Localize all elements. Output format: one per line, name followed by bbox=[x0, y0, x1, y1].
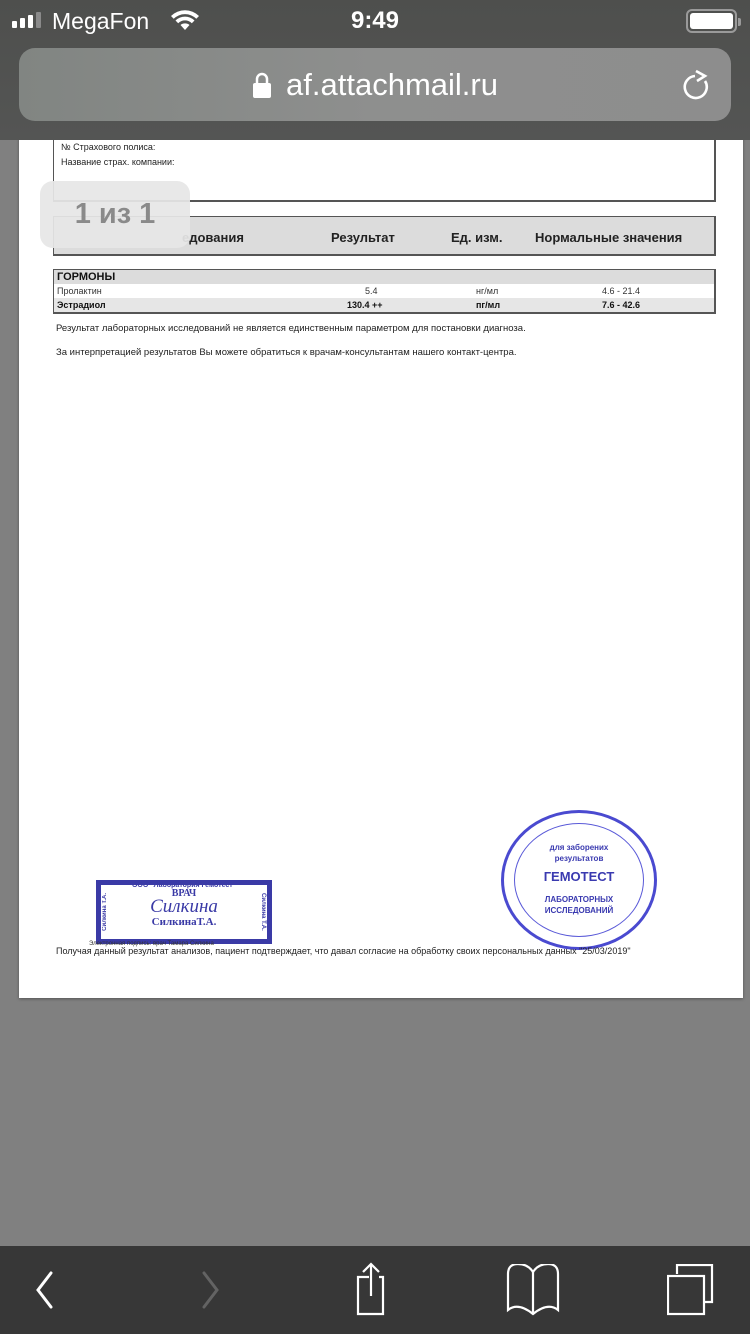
header-result: Результат bbox=[331, 230, 395, 245]
back-button[interactable] bbox=[15, 1246, 75, 1334]
stamp-text: ИССЛЕДОВАНИЙ bbox=[504, 906, 654, 915]
tabs-icon bbox=[667, 1264, 719, 1316]
bookmarks-icon bbox=[506, 1264, 560, 1316]
forward-button[interactable] bbox=[180, 1246, 240, 1334]
browser-toolbar bbox=[0, 1246, 750, 1334]
consent-statement: Получая данный результат анализов, пацие… bbox=[56, 946, 631, 956]
header-test-name: едования bbox=[182, 230, 244, 245]
test-name: Эстрадиол bbox=[57, 298, 106, 312]
doctor-signature: Силкина bbox=[101, 898, 267, 916]
group-title: ГОРМОНЫ bbox=[54, 270, 714, 284]
page-indicator: 1 из 1 bbox=[40, 181, 190, 248]
lab-round-stamp: для заборених результатов ГЕМОТЕСТ ЛАБОР… bbox=[501, 810, 657, 950]
status-bar: MegaFon 9:49 bbox=[0, 0, 750, 40]
results-table-hormones: ГОРМОНЫ Пролактин 5.4 нг/мл 4.6 - 21.4 Э… bbox=[53, 269, 716, 314]
address-bar[interactable]: af.attachmail.ru bbox=[19, 48, 731, 121]
insurance-policy-label: № Страхового полиса: bbox=[61, 142, 155, 152]
stamp-side-text: Силкина Т.А. bbox=[102, 893, 108, 931]
pdf-viewer[interactable]: Отделение: № Страхового полиса: Название… bbox=[0, 140, 750, 1246]
header-normal-values: Нормальные значения bbox=[535, 230, 682, 245]
stamp-side-text: Силкина Т.А. bbox=[260, 893, 266, 931]
pdf-page: Отделение: № Страхового полиса: Название… bbox=[19, 140, 743, 998]
stamp-text: ЛАБОРАТОРНЫХ bbox=[504, 895, 654, 904]
table-row: Эстрадиол 130.4 ++ пг/мл 7.6 - 42.6 bbox=[54, 298, 714, 312]
test-name: Пролактин bbox=[57, 284, 102, 298]
tabs-button[interactable] bbox=[663, 1246, 723, 1334]
browser-top-chrome: MegaFon 9:49 af.attachmail.ru bbox=[0, 0, 750, 140]
test-unit: нг/мл bbox=[476, 284, 498, 298]
clock: 9:49 bbox=[0, 7, 750, 35]
test-result: 5.4 bbox=[365, 284, 378, 298]
bookmarks-button[interactable] bbox=[503, 1246, 563, 1334]
test-norm: 4.6 - 21.4 bbox=[602, 284, 640, 298]
back-icon bbox=[33, 1270, 57, 1310]
test-unit: пг/мл bbox=[476, 298, 500, 312]
table-row: Пролактин 5.4 нг/мл 4.6 - 21.4 bbox=[54, 284, 714, 298]
stamp-text: результатов bbox=[504, 854, 654, 863]
share-icon bbox=[355, 1262, 395, 1318]
stamp-brand: ГЕМОТЕСТ bbox=[504, 869, 654, 884]
disclaimer-note: Результат лабораторных исследований не я… bbox=[56, 323, 526, 334]
doctor-stamp: ООО "Лаборатория Гемотест" ВРАЧ Силкина … bbox=[96, 880, 272, 944]
share-button[interactable] bbox=[345, 1246, 405, 1334]
consultation-note: За интерпретацией результатов Вы можете … bbox=[56, 347, 517, 358]
battery-icon bbox=[686, 9, 737, 33]
stamp-text: для заборених bbox=[504, 843, 654, 852]
test-norm: 7.6 - 42.6 bbox=[602, 298, 640, 312]
url-text: af.attachmail.ru bbox=[286, 67, 498, 103]
test-result: 130.4 ++ bbox=[347, 298, 383, 312]
lock-icon bbox=[252, 71, 272, 99]
reload-icon[interactable] bbox=[683, 68, 713, 102]
forward-icon bbox=[198, 1270, 222, 1310]
header-unit: Ед. изм. bbox=[451, 230, 503, 245]
stamp-doctor-name: СилкинаТ.А. bbox=[101, 916, 267, 928]
insurance-company-label: Название страх. компании: bbox=[61, 157, 175, 167]
